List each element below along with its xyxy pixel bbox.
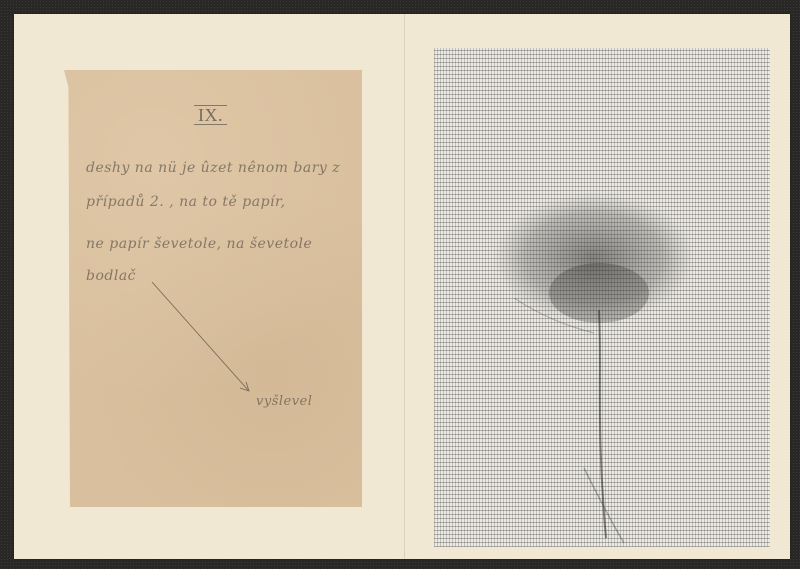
pencil-arrow-icon [64,70,362,507]
thistle-flower-icon [434,48,770,547]
halftone-flower-print [434,48,770,547]
center-fold [404,14,405,559]
archival-board: IX. deshy na nü je ûzet nênom bary z pří… [14,14,790,559]
manuscript-page: IX. deshy na nü je ûzet nênom bary z pří… [64,70,362,507]
handwritten-annotation: vyšlevel [256,394,312,409]
